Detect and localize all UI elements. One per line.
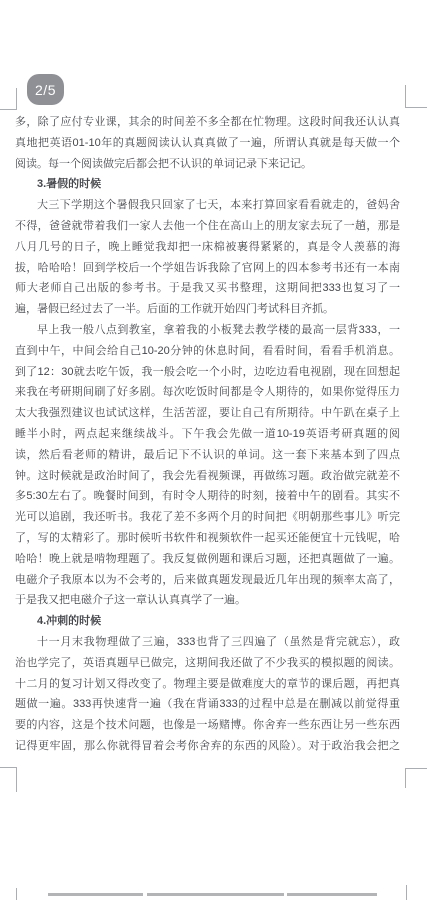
page-indicator-label: 2/5 (35, 82, 56, 98)
text-line: 于是我又把电磁介子这一章认认真真学了一遍。 (15, 590, 400, 611)
split-marker-bottom-edge-right (406, 885, 407, 900)
text-line: 不得，爸爸就带着我们一家人去他一个住在高山上的朋友家去玩了一趟，那是 (15, 216, 400, 237)
split-marker-bottom-right (405, 768, 427, 788)
text-line: 钟。这时候就是政治时间了，我会先看视频课，再做练习题。政治做完就差不 (15, 466, 400, 487)
text-line: 十一月末我物理做了三遍，333也背了三四遍了（虽然是背完就忘），政 (15, 632, 400, 653)
text-line: 直到中午，中间会给自己10-20分钟的休息时间，看看时间，看看手机消息。 (15, 341, 400, 362)
split-marker-bottom-left (0, 767, 17, 792)
text-line: 来我在考研期间刷了好多剧。每次吃饭时间都是令人期待的，如果你觉得压力 (15, 382, 400, 403)
next-page-thumbnail-edge (287, 893, 377, 896)
text-line: 了，写的太精彩了。那时候听书软件和视频软件一起买还能便宜十元钱呢，哈 (15, 528, 400, 549)
split-marker-bottom-edge-left (16, 888, 17, 900)
image-viewer-page[interactable]: 2/5 多，除了应付专业课，其余的时间差不多全都在忙物理。这段时间我还认认真真地… (0, 0, 427, 900)
text-line: 拔，哈哈哈！回到学校后一个学姐告诉我除了官网上的四本参考书还有一本南 (15, 258, 400, 279)
text-line: 太大我强烈建议也试试这样，生活苦涩，要让自己有所期待。中午趴在桌子上 (15, 403, 400, 424)
text-line: 电磁介子我原本以为不会考的，后来做真题发现最近几年出现的频率太高了， (15, 570, 400, 591)
text-line: 早上我一般八点到教室，拿着我的小板凳去教学楼的最高一层背333，一 (15, 320, 400, 341)
text-line: 记得更牢固，那么你就得冒着会考你舍弃的东西的风险）。对于政治我会把之 (15, 736, 400, 757)
text-line: 多5:30左右了。晚餐时间到，有时令人期待的时刻，接着中午的剧看。其实不 (15, 486, 400, 507)
text-line: 大三下学期这个暑假我只回家了七天，本来打算回家看看就走的，爸妈舍 (15, 195, 400, 216)
next-page-thumbnail-edge (48, 893, 143, 896)
text-line: 阅读。每一个阅读做完后都会把不认识的单词记录下来记记。 (15, 154, 400, 175)
text-line: 治也学完了，英语真题早已做完，这期间我还做了不少我买的模拟题的阅读。 (15, 653, 400, 674)
text-line: 哈哈！晚上就是啃物理题了。我反复做例题和课后习题，还把真题做了一遍。 (15, 549, 400, 570)
section-heading: 3.暑假的时候 (15, 174, 400, 195)
text-line: 读，然后看老师的精讲，最后记下不认识的单词。这一套下来基本到了四点 (15, 445, 400, 466)
split-marker-top-left (0, 88, 17, 110)
split-marker-top-right (405, 85, 427, 108)
text-line: 要的内容，这是个技术问题，也像是一场赌博。你舍弃一些东西让另一些东西 (15, 715, 400, 736)
text-line: 睡半小时，两点起来继续战斗。下午我会先做一道10-19英语考研真题的阅 (15, 424, 400, 445)
text-line: 光可以追剧，我还听书。我花了差不多两个月的时间把《明朝那些事儿》听完 (15, 507, 400, 528)
section-heading: 4.冲刺的时候 (15, 611, 400, 632)
page-text: 多，除了应付专业课，其余的时间差不多全都在忙物理。这段时间我还认认真真地把英语0… (15, 112, 400, 757)
text-line: 遍，暑假已经过去了一半。后面的工作就开始四门考试科目齐抓。 (15, 299, 400, 320)
text-line: 真地把英语01-10年的真题阅读认认真真做了一遍，所谓认真就是每天做一个 (15, 133, 400, 154)
text-line: 八月几号的日子，晚上睡觉我却把一床棉被裹得紧紧的，真是令人羡慕的海 (15, 237, 400, 258)
text-line: 十二月的复习计划又得改变了。物理主要是做难度大的章节的课后题，再把真 (15, 674, 400, 695)
page-indicator-badge: 2/5 (27, 74, 64, 105)
text-line: 到了12：30就去吃午饭，我一般会吃一个小时，边吃边看电视剧，现在回想起 (15, 362, 400, 383)
text-line: 题做一遍。333再快速背一遍（我在背诵333的过程中总是在删减以前觉得重 (15, 694, 400, 715)
text-line: 多，除了应付专业课，其余的时间差不多全都在忙物理。这段时间我还认认真 (15, 112, 400, 133)
text-line: 师大老师自己出版的参考书。于是我又买书整理，这期间把333也复习了一 (15, 278, 400, 299)
next-page-thumbnail-edge (147, 893, 284, 896)
